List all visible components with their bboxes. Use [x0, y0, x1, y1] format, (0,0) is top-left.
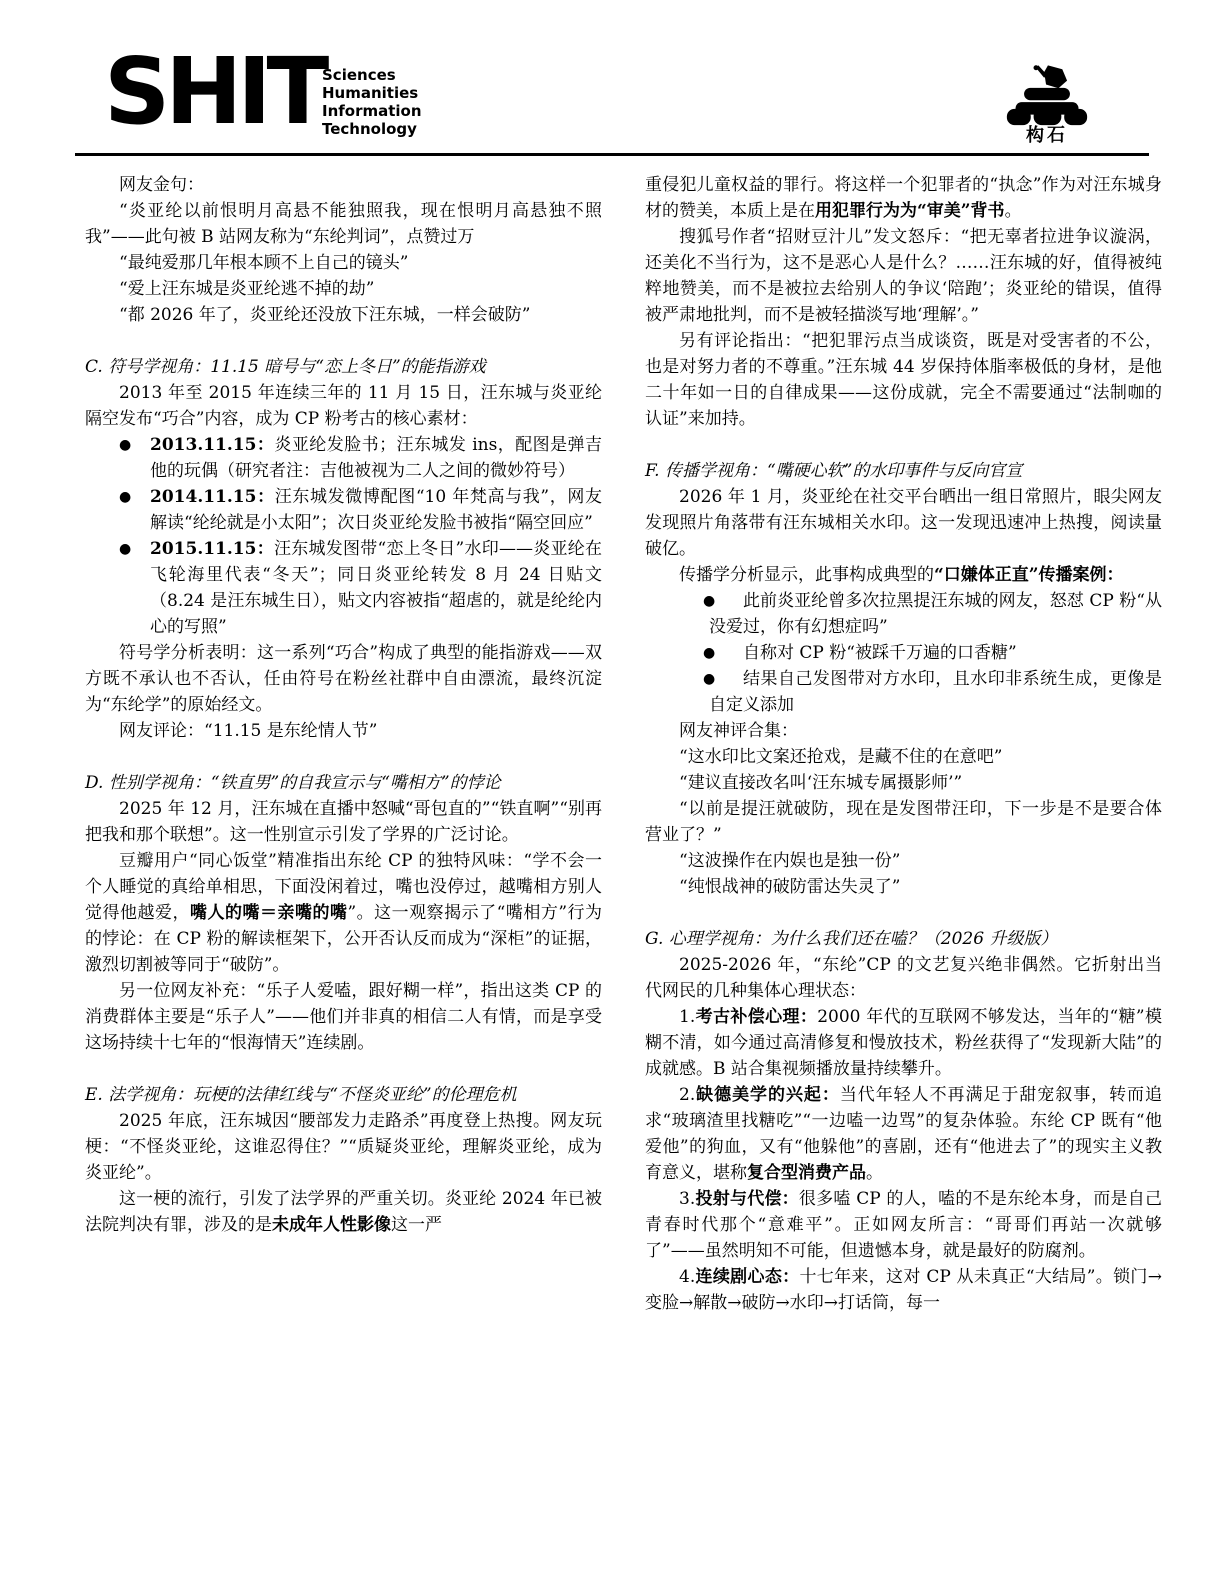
paragraph: 网友评论：“11.15 是东纶情人节”	[85, 718, 602, 744]
bullet-item: 自称对 CP 粉“被踩千万遍的口香糖”	[645, 640, 1162, 666]
paragraph: 2.缺德美学的兴起：当代年轻人不再满足于甜宠叙事，转而追求“玻璃渣里找糖吃”“一…	[645, 1082, 1162, 1186]
paragraph: “这水印比文案还抢戏，是藏不住的在意吧”	[645, 744, 1162, 770]
paragraph: “最纯爱那几年根本顾不上自己的镜头”	[85, 250, 602, 276]
journal-logo-subtitle: Sciences Humanities Information Technolo…	[322, 66, 422, 138]
bold-text: “口嫌体正直”传播案例：	[934, 565, 1124, 585]
bullet-item: 结果自己发图带对方水印，且水印非系统生成，更像是自定义添加	[645, 666, 1162, 718]
journal-logo: SHIT	[104, 44, 324, 140]
paragraph: 2025-2026 年，“东纶”CP 的文艺复兴绝非偶然。它折射出当代网民的几种…	[645, 952, 1162, 1004]
paragraph: 2013 年至 2015 年连续三年的 11 月 15 日，汪东城与炎亚纶隔空发…	[85, 380, 602, 432]
left-column: 网友金句：“炎亚纶以前恨明月高悬不能独照我，现在恨明月高悬独不照我”——此句被 …	[85, 172, 602, 1238]
paragraph: 这一梗的流行，引发了法学界的严重关切。炎亚纶 2024 年已被法院判决有罪，涉及…	[85, 1186, 602, 1238]
bold-text: 缺德美学的兴起：	[695, 1085, 840, 1105]
text-run: “最纯爱那几年根本顾不上自己的镜头”	[119, 253, 408, 273]
text-run: 搜狐号作者“招财豆汁儿”发文怒斥：“把无辜者拉进争议漩涡，还美化不当行为，这不是…	[645, 227, 1162, 325]
text-run: “爱上汪东城是炎亚纶逃不掉的劫”	[119, 279, 374, 299]
text-run: E. 法学视角：玩梗的法律红线与“不怪炎亚纶”的伦理危机	[85, 1085, 517, 1105]
journal-word: Technology	[322, 120, 422, 138]
text-run: 2025 年底，汪东城因“腰部发力走路杀”再度登上热搜。网友玩梗：“不怪炎亚纶，…	[85, 1111, 602, 1183]
paragraph: 豆瓣用户“同心饭堂”精准指出东纶 CP 的独特风味：“学不会一个人睡觉的真给单相…	[85, 848, 602, 978]
text-run: 。	[1005, 201, 1022, 221]
paragraph: “都 2026 年了，炎亚纶还没放下汪东城，一样会破防”	[85, 302, 602, 328]
bullet-list: 2013.11.15：炎亚纶发脸书；汪东城发 ins，配图是弹吉他的玩偶（研究者…	[85, 432, 602, 640]
text-run: 网友评论：“11.15 是东纶情人节”	[119, 721, 377, 741]
text-run: 2013 年至 2015 年连续三年的 11 月 15 日，汪东城与炎亚纶隔空发…	[85, 383, 602, 429]
bullet-item: 2015.11.15：汪东城发图带“恋上冬日”水印——炎亚纶在飞轮海里代表“冬天…	[85, 536, 602, 640]
header-divider	[75, 153, 1149, 156]
bold-text: 2015.11.15：	[150, 539, 274, 559]
text-run: 4.	[679, 1267, 695, 1287]
text-run: 另一位网友补充：“乐子人爱嗑，跟好糊一样”，指出这类 CP 的消费群体主要是“乐…	[85, 981, 602, 1053]
article-body: 网友金句：“炎亚纶以前恨明月高悬不能独照我，现在恨明月高悬独不照我”——此句被 …	[85, 172, 1162, 1316]
text-run: 2025-2026 年，“东纶”CP 的文艺复兴绝非偶然。它折射出当代网民的几种…	[645, 955, 1162, 1001]
rock-pile-icon	[1004, 64, 1090, 126]
paragraph: 4.连续剧心态：十七年来，这对 CP 从未真正“大结局”。锁门→变脸→解散→破防…	[645, 1264, 1162, 1316]
paragraph: 重侵犯儿童权益的罪行。将这样一个犯罪者的“执念”作为对汪东城身材的赞美，本质上是…	[645, 172, 1162, 224]
paragraph: 网友金句：	[85, 172, 602, 198]
text-run: 另有评论指出：“把犯罪污点当成谈资，既是对受害者的不公，也是对努力者的不尊重。”…	[645, 331, 1162, 429]
bold-text: 投射与代偿：	[695, 1189, 799, 1209]
paragraph: 2026 年 1 月，炎亚纶在社交平台晒出一组日常照片，眼尖网友发现照片角落带有…	[645, 484, 1162, 562]
text-run: 此前炎亚纶曾多次拉黑提汪东城的网友，怒怼 CP 粉“从没爱过，你有幻想症吗”	[709, 591, 1162, 637]
paragraph: “纯恨战神的破防雷达失灵了”	[645, 874, 1162, 900]
bullet-item: 2014.11.15：汪东城发微博配图“10 年梵高与我”，网友解读“纶纶就是小…	[85, 484, 602, 536]
text-run: 1.	[679, 1007, 695, 1027]
bullet-list: 此前炎亚纶曾多次拉黑提汪东城的网友，怒怼 CP 粉“从没爱过，你有幻想症吗”自称…	[645, 588, 1162, 718]
section-heading: C. 符号学视角：11.15 暗号与“恋上冬日”的能指游戏	[85, 354, 602, 380]
text-run: “以前是提汪就破防，现在是发图带汪印，下一步是不是要合体营业了？”	[645, 799, 1162, 845]
text-run: 符号学分析表明：这一系列“巧合”构成了典型的能指游戏——双方既不承认也不否认，任…	[85, 643, 602, 715]
bold-text: 用犯罪行为为“审美”背书	[815, 201, 1005, 221]
text-run: G. 心理学视角：为什么我们还在嗑？（2026 升级版）	[645, 929, 1057, 949]
paragraph: 2025 年 12 月，汪东城在直播中怒喊“哥包直的”“铁直啊”“别再把我和那个…	[85, 796, 602, 848]
text-run: “这水印比文案还抢戏，是藏不住的在意吧”	[679, 747, 1002, 767]
text-run: “都 2026 年了，炎亚纶还没放下汪东城，一样会破防”	[119, 305, 530, 325]
journal-word: Humanities	[322, 84, 422, 102]
journal-word: Information	[322, 102, 422, 120]
paragraph: 1.考古补偿心理：2000 年代的互联网不够发达，当年的“糖”模糊不清，如今通过…	[645, 1004, 1162, 1082]
paragraph: “以前是提汪就破防，现在是发图带汪印，下一步是不是要合体营业了？”	[645, 796, 1162, 848]
publisher-logo: 构石	[1000, 64, 1094, 146]
text-run: 网友金句：	[119, 175, 204, 195]
text-run: “纯恨战神的破防雷达失灵了”	[679, 877, 900, 897]
text-run: F. 传播学视角：“嘴硬心软”的水印事件与反向官宣	[645, 461, 1022, 481]
text-run: 网友神评合集：	[679, 721, 798, 741]
section-heading: F. 传播学视角：“嘴硬心软”的水印事件与反向官宣	[645, 458, 1162, 484]
text-run: 2025 年 12 月，汪东城在直播中怒喊“哥包直的”“铁直啊”“别再把我和那个…	[85, 799, 602, 845]
section-heading: G. 心理学视角：为什么我们还在嗑？（2026 升级版）	[645, 926, 1162, 952]
text-run: 。	[866, 1163, 883, 1183]
text-run: 2.	[679, 1085, 695, 1105]
bullet-item: 2013.11.15：炎亚纶发脸书；汪东城发 ins，配图是弹吉他的玩偶（研究者…	[85, 432, 602, 484]
paragraph: 网友神评合集：	[645, 718, 1162, 744]
section-heading: E. 法学视角：玩梗的法律红线与“不怪炎亚纶”的伦理危机	[85, 1082, 602, 1108]
text-run: “炎亚纶以前恨明月高悬不能独照我，现在恨明月高悬独不照我”——此句被 B 站网友…	[85, 201, 602, 247]
journal-word: Sciences	[322, 66, 422, 84]
bold-text: 未成年人性影像	[272, 1215, 391, 1235]
text-run: 传播学分析显示，此事构成典型的	[679, 565, 934, 585]
bold-text: 2014.11.15：	[150, 487, 275, 507]
paragraph: 2025 年底，汪东城因“腰部发力走路杀”再度登上热搜。网友玩梗：“不怪炎亚纶，…	[85, 1108, 602, 1186]
text-run: C. 符号学视角：11.15 暗号与“恋上冬日”的能指游戏	[85, 357, 486, 377]
paragraph: “这波操作在内娱也是独一份”	[645, 848, 1162, 874]
text-run: 自称对 CP 粉“被踩千万遍的口香糖”	[743, 643, 1017, 663]
section-heading: D. 性别学视角：“铁直男”的自我宣示与“嘴相方”的悖论	[85, 770, 602, 796]
paragraph: “炎亚纶以前恨明月高悬不能独照我，现在恨明月高悬独不照我”——此句被 B 站网友…	[85, 198, 602, 250]
right-column: 重侵犯儿童权益的罪行。将这样一个犯罪者的“执念”作为对汪东城身材的赞美，本质上是…	[645, 172, 1162, 1316]
document-page: SHIT Sciences Humanities Information Tec…	[0, 0, 1224, 1584]
paragraph: 另有评论指出：“把犯罪污点当成谈资，既是对受害者的不公，也是对努力者的不尊重。”…	[645, 328, 1162, 432]
text-run: “这波操作在内娱也是独一份”	[679, 851, 900, 871]
publisher-name: 构石	[1000, 126, 1094, 146]
paragraph: “建议直接改名叫‘汪东城专属摄影师’”	[645, 770, 1162, 796]
paragraph: “爱上汪东城是炎亚纶逃不掉的劫”	[85, 276, 602, 302]
bold-text: 嘴人的嘴＝亲嘴的嘴	[190, 903, 347, 923]
text-run: 3.	[679, 1189, 695, 1209]
bold-text: 考古补偿心理：	[695, 1007, 817, 1027]
text-run: D. 性别学视角：“铁直男”的自我宣示与“嘴相方”的悖论	[85, 773, 501, 793]
bold-text: 复合型消费产品	[747, 1163, 866, 1183]
paragraph: 另一位网友补充：“乐子人爱嗑，跟好糊一样”，指出这类 CP 的消费群体主要是“乐…	[85, 978, 602, 1056]
paragraph: 3.投射与代偿：很多嗑 CP 的人，嗑的不是东纶本身，而是自己青春时代那个“意难…	[645, 1186, 1162, 1264]
bold-text: 连续剧心态：	[695, 1267, 799, 1287]
text-run: 这一严	[391, 1215, 442, 1235]
bold-text: 2013.11.15：	[150, 435, 274, 455]
paragraph: 符号学分析表明：这一系列“巧合”构成了典型的能指游戏——双方既不承认也不否认，任…	[85, 640, 602, 718]
paragraph: 搜狐号作者“招财豆汁儿”发文怒斥：“把无辜者拉进争议漩涡，还美化不当行为，这不是…	[645, 224, 1162, 328]
text-run: 结果自己发图带对方水印，且水印非系统生成，更像是自定义添加	[709, 669, 1162, 715]
bullet-item: 此前炎亚纶曾多次拉黑提汪东城的网友，怒怼 CP 粉“从没爱过，你有幻想症吗”	[645, 588, 1162, 640]
text-run: “建议直接改名叫‘汪东城专属摄影师’”	[679, 773, 962, 793]
paragraph: 传播学分析显示，此事构成典型的“口嫌体正直”传播案例：	[645, 562, 1162, 588]
text-run: 2026 年 1 月，炎亚纶在社交平台晒出一组日常照片，眼尖网友发现照片角落带有…	[645, 487, 1162, 559]
